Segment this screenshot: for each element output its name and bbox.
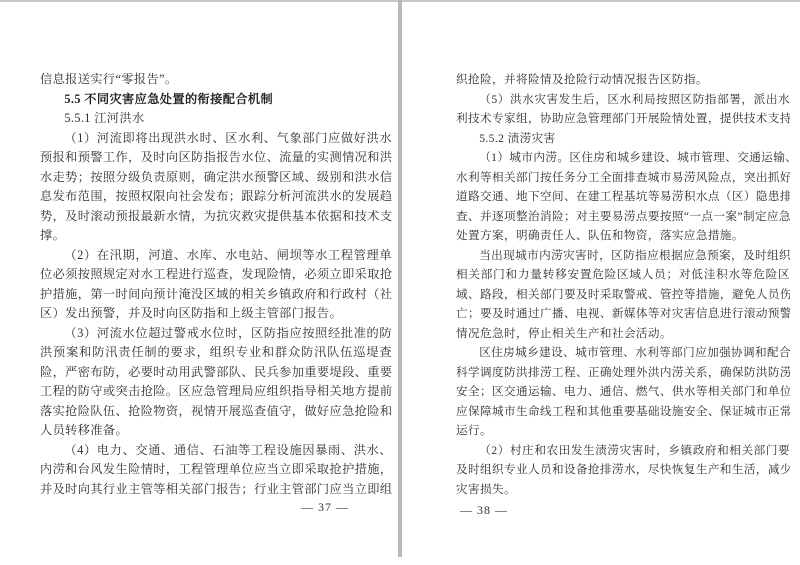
page-divider-line bbox=[398, 0, 402, 557]
text-line: 道路交通、地下空间、在建工程基坑等易涝积水点（区）隐患排 bbox=[456, 187, 790, 207]
text-line: 应保障城市生命线工程和其他重要基础设施安全、保证城市正常 bbox=[456, 402, 790, 422]
text-line: 运行。 bbox=[456, 421, 790, 441]
text-line: （2）在汛期，河道、水库、水电站、闸坝等水工程管理单 bbox=[40, 246, 392, 266]
text-line: 落实抢险队伍、抢险物资，视情开展巡查值守，做好应急抢险和 bbox=[40, 402, 392, 422]
text-line: 及时组织专业人员和设备抢排涝水，尽快恢复生产和生活，减少 bbox=[456, 460, 790, 480]
text-line: 查、并逐项整治消险；对主要易涝点要按照“一点一案”制定应急 bbox=[456, 207, 790, 227]
text-line: （2）村庄和农田发生渍涝灾害时，乡镇政府和相关部门要 bbox=[456, 441, 790, 461]
text-line: 安全；区交通运输、电力、通信、燃气、供水等相关部门和单位 bbox=[456, 382, 790, 402]
text-line: （1）河流即将出现洪水时、区水利、气象部门应做好洪水 bbox=[40, 129, 392, 149]
text-line: 撑。 bbox=[40, 226, 392, 246]
text-line: 当出现城市内涝灾害时，区防指应根据应急预案，及时组织 bbox=[456, 246, 790, 266]
text-line: 内涝和台风发生险情时，工程管理单位应当立即采取抢护措施， bbox=[40, 460, 392, 480]
text-line: 护措施，第一时间向预计淹没区域的相关乡镇政府和行政村（社 bbox=[40, 285, 392, 305]
page-37-number: — 37 — bbox=[301, 500, 349, 515]
text-line: 区）发出预警，并及时向区防指和上级主管部门报告。 bbox=[40, 304, 392, 324]
text-line: （5）洪水灾害发生后，区水利局按照区防指部署，派出水 bbox=[456, 90, 790, 110]
section-heading: 5.5.2 渍涝灾害 bbox=[456, 129, 790, 149]
text-line: 水走势；按照分级负责原则，确定洪水预警区域、级别和洪水信 bbox=[40, 168, 392, 188]
text-line: 亡；要及时通过广播、电视、新媒体等对灾害信息进行滚动预警； bbox=[456, 304, 790, 324]
text-line: 势，及时滚动预报最新水情，为抗灾救灾提供基本依据和技术支 bbox=[40, 207, 392, 227]
section-heading: 5.5.1 江河洪水 bbox=[40, 109, 392, 129]
text-line: （4）电力、交通、通信、石油等工程设施因暴雨、洪水、 bbox=[40, 441, 392, 461]
text-line: （3）河流水位超过警戒水位时，区防指应按照经批准的防 bbox=[40, 324, 392, 344]
text-line: 域、路段，相关部门要及时采取警戒、管控等措施，避免人员伤 bbox=[456, 285, 790, 305]
text-line: 人员转移准备。 bbox=[40, 421, 392, 441]
page-38-number: — 38 — bbox=[460, 503, 508, 518]
text-line: 信息报送实行“零报告”。 bbox=[40, 70, 392, 90]
text-line: 相关部门和力量转移安置危险区域人员；对低洼积水等危险区 bbox=[456, 265, 790, 285]
text-line: 区住房城乡建设、城市管理、水利等部门应加强协调和配合， bbox=[456, 343, 790, 363]
text-line: 处置方案，明确责任人、队伍和物资，落实应急措施。 bbox=[456, 226, 790, 246]
text-line: 织抢险，并将险情及抢险行动情况报告区防指。 bbox=[456, 70, 790, 90]
page-38-text-column: 织抢险，并将险情及抢险行动情况报告区防指。（5）洪水灾害发生后，区水利局按照区防… bbox=[456, 70, 790, 499]
text-line: 息发布范围，按照权限向社会发布；跟踪分析河流洪水的发展趋 bbox=[40, 187, 392, 207]
text-line: 情况危急时，停止相关生产和社会活动。 bbox=[456, 324, 790, 344]
text-line: 并及时向其行业主管等相关部门报告；行业主管部门应当立即组 bbox=[40, 480, 392, 500]
page-37-text-column: 信息报送实行“零报告”。5.5 不同灾害应急处置的衔接配合机制5.5.1 江河洪… bbox=[40, 70, 392, 499]
text-line: 水利等相关部门按任务分工全面排查城市易涝风险点，突出抓好 bbox=[456, 168, 790, 188]
section-heading: 5.5 不同灾害应急处置的衔接配合机制 bbox=[40, 90, 392, 110]
document-page-view: 信息报送实行“零报告”。5.5 不同灾害应急处置的衔接配合机制5.5.1 江河洪… bbox=[0, 0, 800, 565]
text-line: 科学调度防洪排涝工程、正确处理外洪内涝关系，确保防洪防涝 bbox=[456, 363, 790, 383]
text-line: （1）城市内涝。区住房和城乡建设、城市管理、交通运输、 bbox=[456, 148, 790, 168]
text-line: 工程的防守或突击抢险。区应急管理局应组织指导相关地方提前 bbox=[40, 382, 392, 402]
text-line: 险，严密布防，必要时动用武警部队、民兵参加重要堤段、重要 bbox=[40, 363, 392, 383]
text-line: 灾害损失。 bbox=[456, 480, 790, 500]
text-line: 预报和预警工作，及时向区防指报告水位、流量的实测情况和洪 bbox=[40, 148, 392, 168]
text-line: 利技术专家组，协助应急管理部门开展险情处置，提供技术支持。 bbox=[456, 109, 790, 129]
text-line: 位必须按照规定对水工程进行巡查，发现险情，必须立即采取抢 bbox=[40, 265, 392, 285]
text-line: 洪预案和防汛责任制的要求，组织专业和群众防汛队伍巡堤查 bbox=[40, 343, 392, 363]
